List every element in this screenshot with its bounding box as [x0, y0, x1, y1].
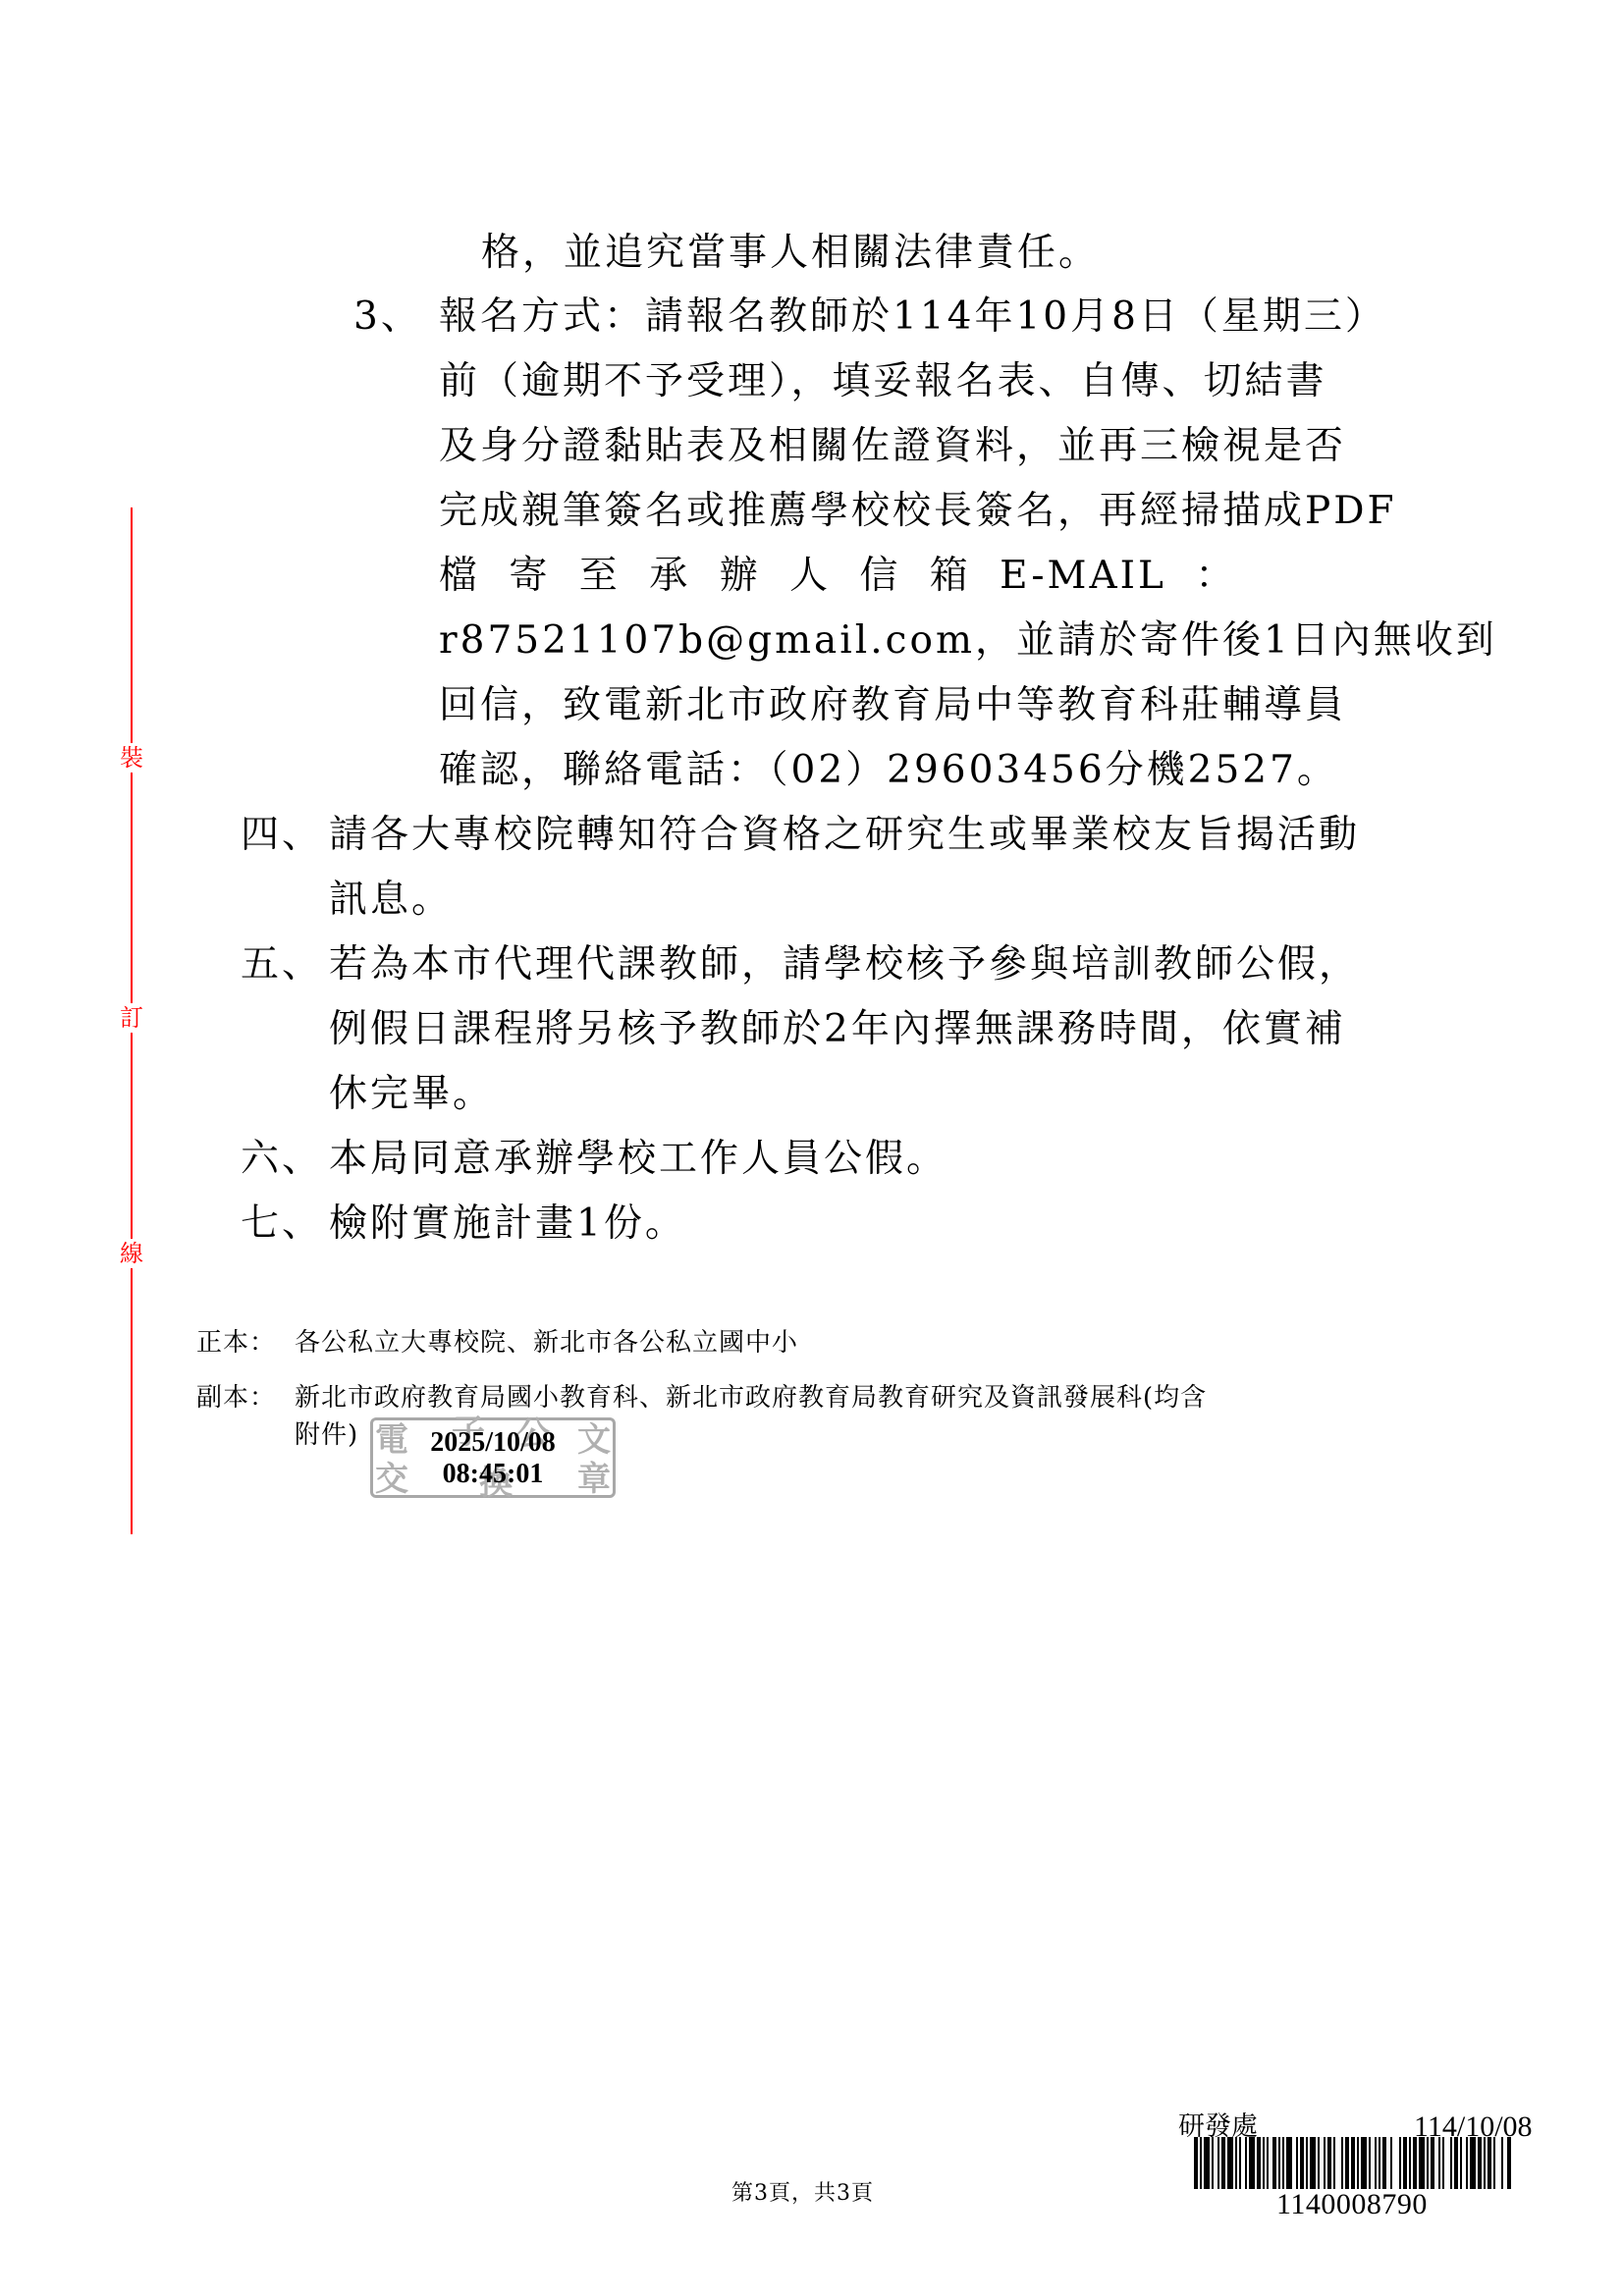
item-6-text: 本局同意承辦學校工作人員公假。 [329, 1138, 947, 1181]
item-5-line-3: 休完畢。 [329, 1073, 494, 1116]
item-3-line-2: 前（逾期不予受理），填妥報名表、自傳、切結書 [439, 360, 1327, 403]
copy-recipients-cont: 附件) [295, 1419, 358, 1451]
barcode-bar [1507, 2137, 1511, 2189]
item-3-line-3: 及身分證黏貼表及相關佐證資料，並再三檢視是否 [439, 425, 1346, 468]
binding-label-zhuang: 裝 [119, 743, 144, 773]
item-3-registration-method: 報名方式：請報名教師於114年10月8日（星期三） [439, 295, 1386, 339]
stamp-time: 08:45:01 [373, 1460, 613, 1489]
body-line-continuation: 格，並追究當事人相關法律責任。 [481, 232, 1100, 275]
original-recipients-label: 正本： [196, 1327, 276, 1359]
item-3-phone-line: 確認，聯絡電話：（02）29603456分機2527。 [439, 749, 1338, 792]
item-4-text: 請各大專校院轉知符合資格之研究生或畢業校友旨揭活動 [329, 814, 1360, 857]
page-indicator: 第3頁，共3頁 [731, 2181, 874, 2207]
document-number: 1140008790 [1276, 2189, 1428, 2220]
item-3-line-4: 完成親筆簽名或推薦學校校長簽名，再經掃描成PDF [439, 490, 1397, 533]
item-5-marker: 五、 [241, 943, 323, 987]
item-5-text: 若為本市代理代課教師，請學校核予參與培訓教師公假， [329, 943, 1360, 987]
item-3-line-7: 回信，致電新北市政府教育局中等教育科莊輔導員 [439, 684, 1346, 727]
item-4-line-2: 訊息。 [329, 879, 453, 922]
binding-label-xian: 線 [119, 1239, 144, 1268]
copy-recipients: 新北市政府教育局國小教育科、新北市政府教育局教育研究及資訊發展科(均含 [295, 1382, 1207, 1414]
stamp-date: 2025/10/08 [373, 1428, 613, 1458]
binding-label-ding: 訂 [119, 1003, 144, 1033]
electronic-exchange-stamp: 電 子 公 文 交 換 章 2025/10/08 08:45:01 [370, 1417, 616, 1498]
item-6-marker: 六、 [241, 1138, 323, 1181]
item-3-email-line[interactable]: r87521107b@gmail.com，並請於寄件後1日內無收到 [439, 619, 1497, 663]
item-3-marker: 3、 [353, 295, 422, 339]
item-7-attachment: 檢附實施計畫1份。 [329, 1202, 686, 1246]
original-recipients: 各公私立大專校院、新北市各公私立國中小 [295, 1327, 798, 1359]
item-5-line-2: 例假日課程將另核予教師於2年內擇無課務時間，依實補 [329, 1008, 1346, 1051]
item-7-marker: 七、 [241, 1202, 323, 1246]
document-barcode [1194, 2137, 1512, 2189]
copy-recipients-label: 副本： [196, 1382, 276, 1414]
item-4-marker: 四、 [241, 814, 323, 857]
item-3-line-5: 檔 寄 至 承 辦 人 信 箱 E-MAIL ： [439, 555, 1236, 598]
